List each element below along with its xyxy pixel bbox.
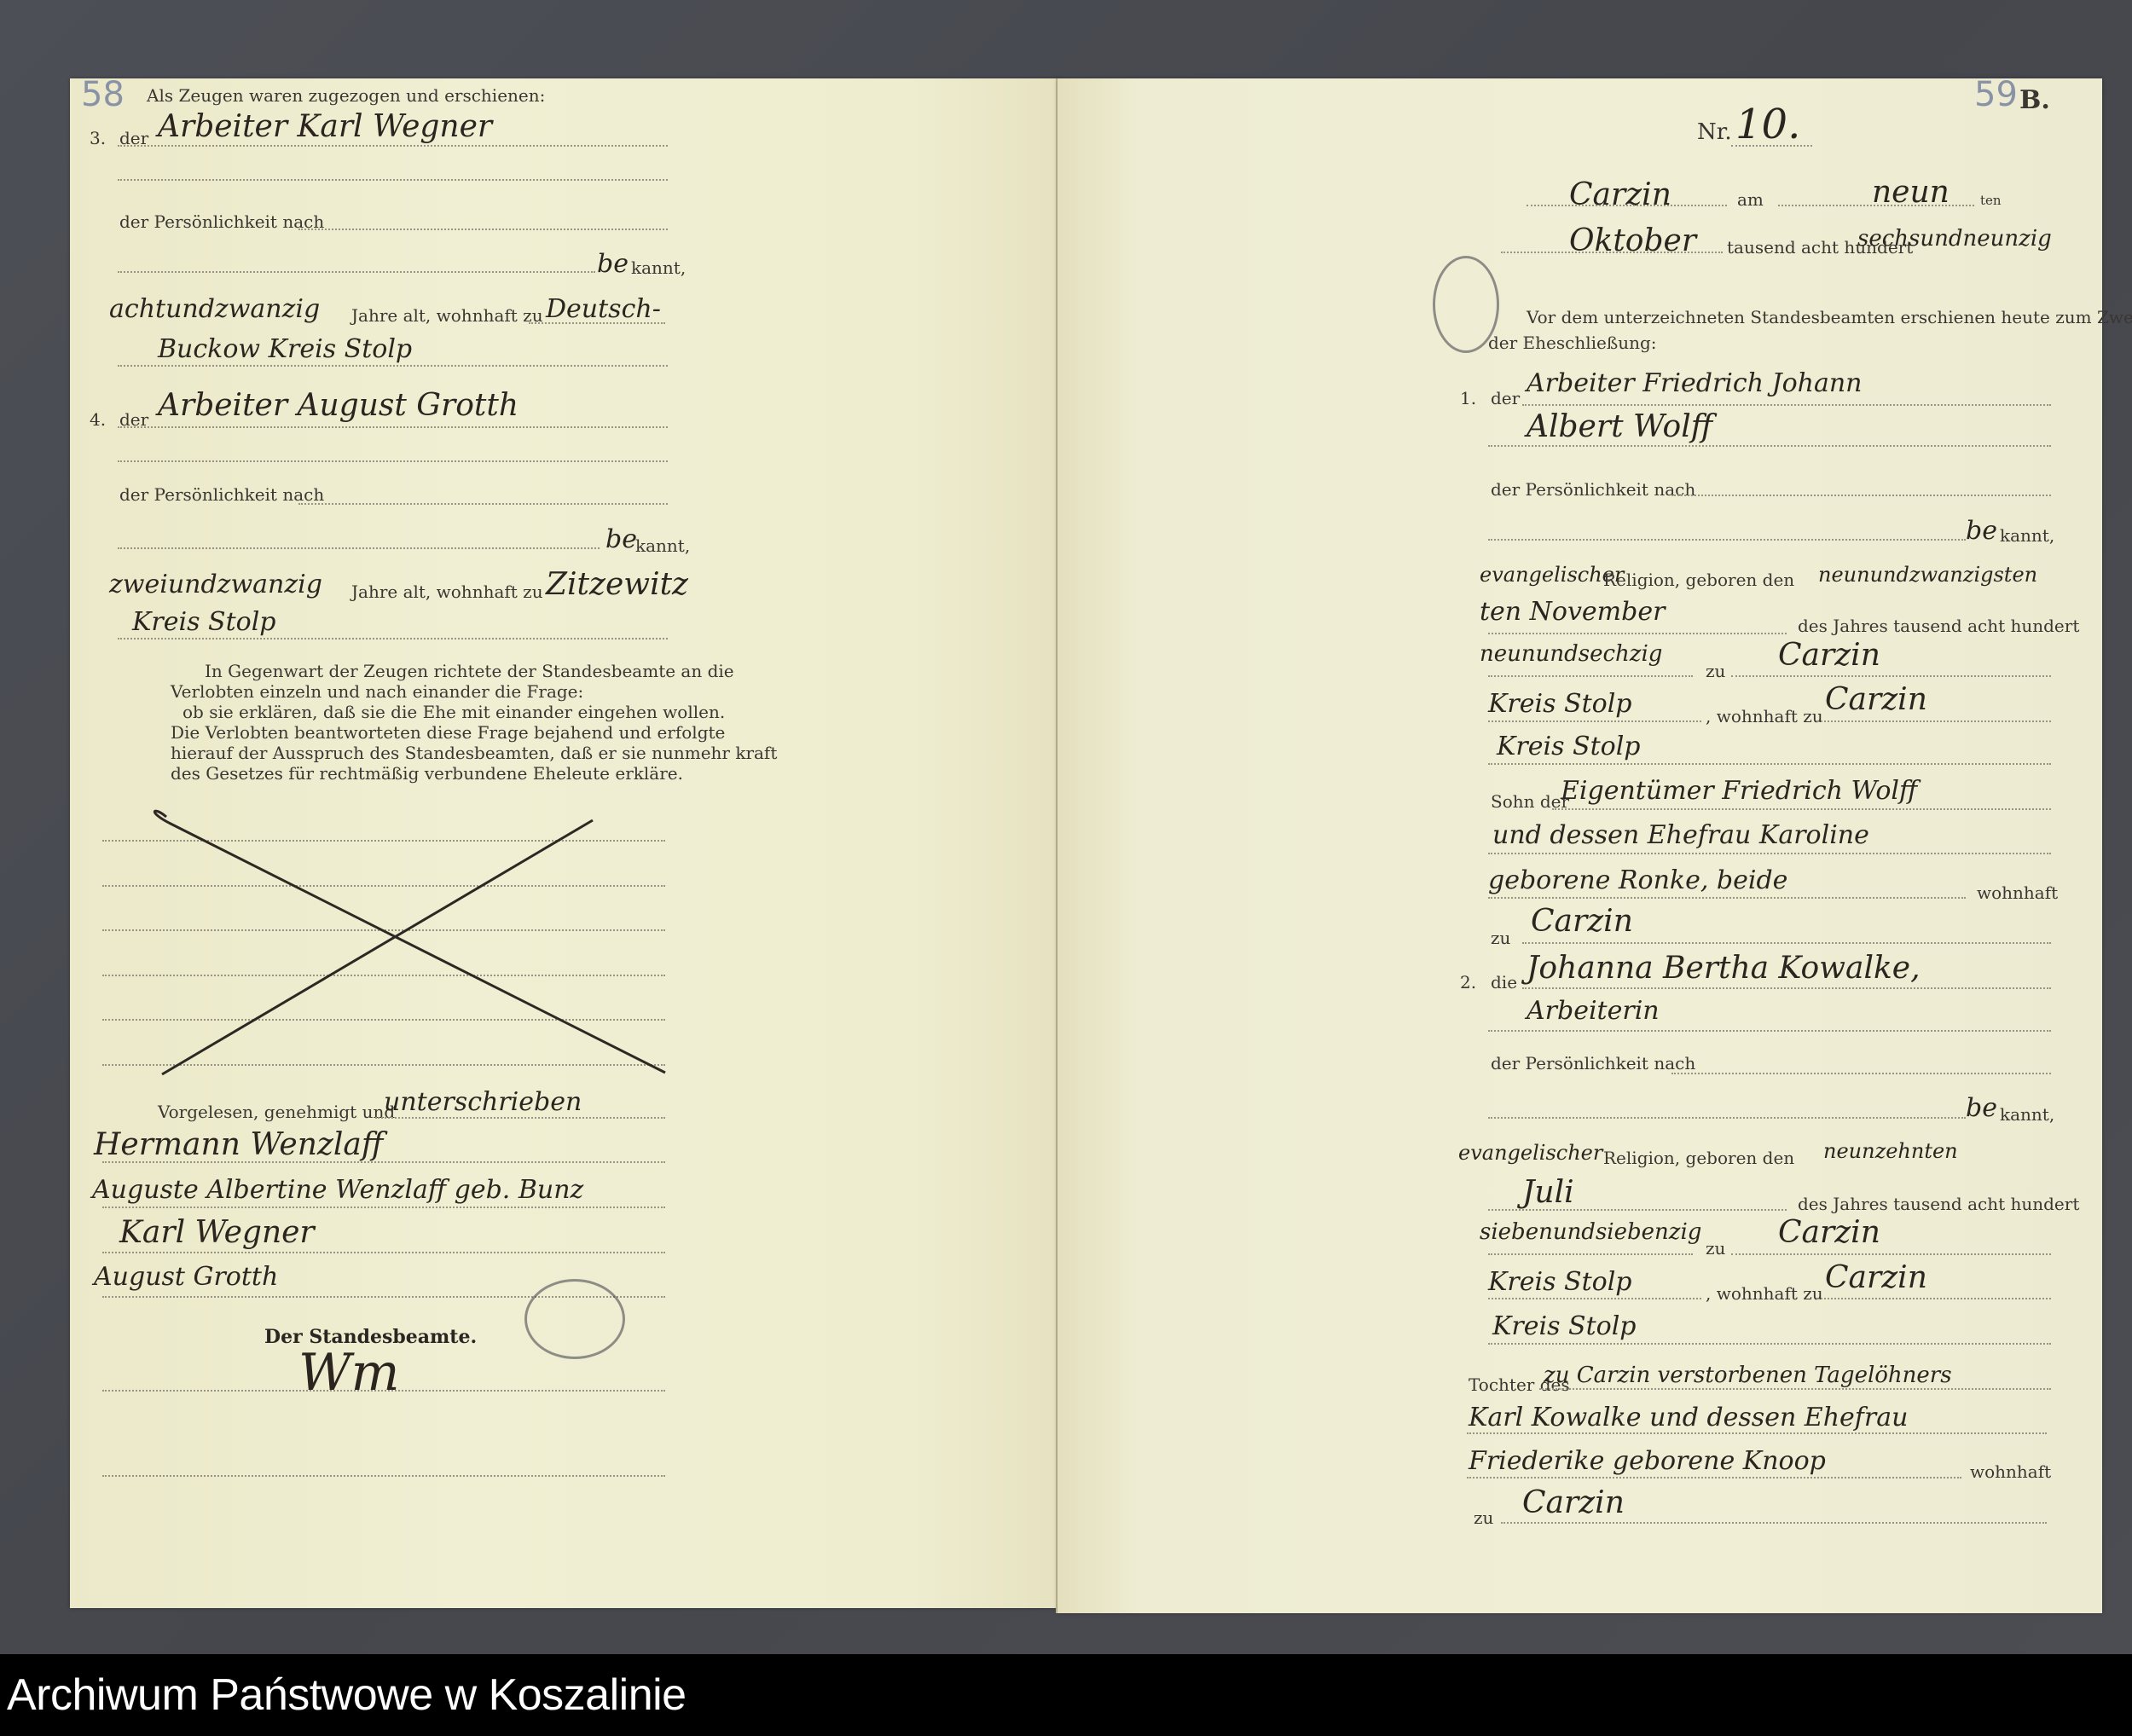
- dotted-line: [1731, 1253, 2051, 1255]
- declaration-line: Die Verlobten beantworteten diese Frage …: [171, 722, 674, 743]
- bride-parents-zu-label: zu: [1474, 1507, 1493, 1528]
- witness3-number: 3.: [90, 128, 106, 148]
- dotted-line: [1467, 1477, 1961, 1478]
- form-letter: B.: [2019, 85, 2050, 115]
- groom-known-print: kannt,: [2000, 525, 2054, 546]
- witness4-known-print: kannt,: [635, 535, 690, 556]
- groom-residence: Carzin: [1825, 682, 1927, 717]
- year-hand: sechsundneunzig: [1857, 226, 2052, 252]
- dotted-line: [1552, 808, 2051, 810]
- bride-personality-label: der Persönlichkeit nach: [1491, 1053, 1695, 1073]
- bride-birth-year: siebenundsiebenzig: [1480, 1219, 1701, 1245]
- groom-parents-1: Eigentümer Friedrich Wolff: [1561, 776, 1917, 806]
- folio-number-left: 58: [81, 75, 125, 114]
- signature-line: August Grotth: [94, 1262, 278, 1292]
- witness4-age-label: Jahre alt, wohnhaft zu: [351, 582, 543, 602]
- dotted-line: [1527, 205, 1727, 206]
- bride-number: 2.: [1460, 972, 1476, 992]
- groom-known-hand: be: [1966, 516, 1997, 546]
- declaration-line: In Gegenwart der Zeugen richtete der Sta…: [205, 661, 708, 681]
- dotted-line: [1488, 633, 1787, 634]
- dotted-line: [118, 460, 668, 462]
- witness4-residence: Zitzewitz: [546, 567, 688, 602]
- bride-birth-day: neunzehnten: [1823, 1139, 1958, 1163]
- read-approved-label: Vorgelesen, genehmigt und: [158, 1102, 395, 1122]
- groom-birth-year-label: des Jahres tausend acht hundert: [1798, 616, 2079, 636]
- dotted-line: [1488, 720, 1701, 722]
- archive-stamp: [524, 1279, 625, 1359]
- groom-parents-residence-label: wohnhaft: [1977, 882, 2058, 903]
- witness3-age-label: Jahre alt, wohnhaft zu: [351, 305, 543, 326]
- declaration-block: In Gegenwart der Zeugen richtete der Sta…: [171, 661, 674, 784]
- dotted-line: [1522, 404, 2051, 406]
- dotted-line: [1488, 539, 1966, 541]
- bride-religion-hand: evangelischer: [1458, 1141, 1602, 1165]
- bride-known-print: kannt,: [2000, 1104, 2054, 1125]
- bride-parents-residence: Carzin: [1522, 1485, 1625, 1520]
- signature-line: Karl Wegner: [119, 1215, 315, 1250]
- witness4-number: 4.: [90, 409, 106, 430]
- groom-religion-label: Religion, geboren den: [1603, 570, 1794, 590]
- witness3-known-hand: be: [597, 249, 629, 279]
- dotted-line: [298, 229, 668, 230]
- read-approved-hand: unterschrieben: [384, 1087, 582, 1117]
- witness3-name: Arbeiter Karl Wegner: [158, 109, 492, 144]
- intro-line-1: Vor dem unterzeichneten Standesbeamten e…: [1527, 307, 2132, 327]
- bride-parents-1: zu Carzin verstorbenen Tagelöhners: [1544, 1363, 1952, 1388]
- groom-district: Kreis Stolp: [1488, 689, 1632, 719]
- groom-residence-label: , wohnhaft zu: [1706, 706, 1823, 726]
- dotted-line: [102, 1161, 665, 1163]
- declaration-line: ob sie erklären, daß sie die Ehe mit ein…: [182, 702, 686, 722]
- groom-number: 1.: [1460, 388, 1476, 408]
- witness-heading: Als Zeugen waren zugezogen und erschiene…: [147, 85, 545, 106]
- dotted-line: [375, 1117, 665, 1119]
- day-suffix: ten: [1980, 193, 2002, 208]
- dotted-line: [118, 426, 668, 428]
- dotted-line: [102, 1252, 665, 1253]
- dotted-line: [1816, 720, 2051, 722]
- dotted-line: [118, 271, 595, 273]
- dotted-line: [118, 179, 668, 181]
- dotted-line: [1522, 987, 2051, 989]
- bride-prefix: die: [1491, 972, 1517, 992]
- dotted-line: [102, 1475, 665, 1477]
- witness4-personality-label: der Persönlichkeit nach: [119, 484, 324, 505]
- dotted-line: [1488, 675, 1693, 677]
- dotted-line: [1671, 1073, 2051, 1074]
- dotted-line: [1539, 1388, 2051, 1390]
- dotted-line: [118, 638, 668, 639]
- dotted-line: [298, 503, 668, 505]
- bride-religion-label: Religion, geboren den: [1603, 1148, 1794, 1168]
- dotted-line: [118, 145, 668, 147]
- dotted-line: [1731, 675, 2051, 677]
- dotted-line: [1488, 1298, 1701, 1299]
- groom-religion-hand: evangelischer: [1480, 563, 1624, 587]
- dotted-line: [102, 1207, 665, 1208]
- groom-birth-place: Carzin: [1778, 638, 1880, 673]
- declaration-line: des Gesetzes für rechtmäßig verbundene E…: [171, 763, 674, 784]
- place-hand: Carzin: [1569, 177, 1671, 212]
- dotted-line: [118, 547, 600, 549]
- witness4-known-hand: be: [605, 524, 637, 554]
- bride-residence-district: Kreis Stolp: [1492, 1311, 1637, 1341]
- dotted-line: [1488, 1117, 1966, 1119]
- bride-parents-residence-label: wohnhaft: [1970, 1461, 2051, 1482]
- bride-parents-2: Karl Kowalke und dessen Ehefrau: [1469, 1403, 1908, 1432]
- witness4-age: zweiundzwanzig: [109, 570, 322, 599]
- bride-birth-month: Juli: [1522, 1175, 1574, 1210]
- dotted-line: [1522, 942, 2051, 944]
- dotted-line: [1816, 1298, 2051, 1299]
- witness3-residence: Deutsch-: [546, 294, 661, 324]
- groom-birth-day: neunundzwanzigsten: [1818, 563, 2037, 587]
- dotted-line: [1488, 1253, 1693, 1255]
- bride-parents-3: Friederike geborene Knoop: [1469, 1446, 1826, 1476]
- witness3-known-print: kannt,: [631, 258, 686, 278]
- dotted-line: [1501, 1522, 2047, 1524]
- record-number-label: Nr.: [1697, 119, 1732, 145]
- declaration-line: Verlobten einzeln und nach einander die …: [171, 681, 674, 702]
- dotted-line: [1671, 495, 2051, 496]
- dotted-line: [1488, 853, 2051, 854]
- signature-line: Auguste Albertine Wenzlaff geb. Bunz: [92, 1175, 583, 1205]
- bride-known-hand: be: [1966, 1093, 1997, 1123]
- dotted-line: [1501, 252, 1723, 253]
- groom-birth-place-label: zu: [1706, 661, 1725, 681]
- groom-name-1: Arbeiter Friedrich Johann: [1527, 368, 1863, 398]
- groom-parents-zu-label: zu: [1491, 928, 1510, 948]
- bride-district: Kreis Stolp: [1488, 1267, 1632, 1297]
- witness4-residence-2: Kreis Stolp: [132, 607, 276, 637]
- dotted-line: [1488, 763, 2051, 765]
- dotted-line: [118, 365, 668, 367]
- signature-line: Hermann Wenzlaff: [94, 1127, 383, 1162]
- bride-birth-year-label: des Jahres tausend acht hundert: [1798, 1194, 2079, 1214]
- dotted-line: [1488, 1209, 1787, 1211]
- dotted-line: [1488, 1030, 2051, 1032]
- witness3-personality-label: der Persönlichkeit nach: [119, 211, 324, 232]
- groom-birth-year: neunundsechzig: [1480, 641, 1662, 667]
- groom-personality-label: der Persönlichkeit nach: [1491, 479, 1695, 500]
- witness4-name: Arbeiter August Grotth: [158, 388, 519, 423]
- bride-residence: Carzin: [1825, 1260, 1927, 1295]
- groom-parents-residence: Carzin: [1531, 904, 1633, 939]
- dotted-line: [1488, 1343, 2051, 1345]
- dotted-line: [1778, 205, 1974, 206]
- groom-parents-2: und dessen Ehefrau Karoline: [1492, 820, 1869, 850]
- record-number: 10.: [1735, 101, 1800, 148]
- groom-prefix: der: [1491, 388, 1520, 408]
- bride-birth-place: Carzin: [1778, 1215, 1880, 1250]
- dotted-line: [529, 322, 665, 324]
- dotted-line: [102, 1390, 665, 1392]
- am-label: am: [1737, 189, 1764, 210]
- dotted-line: [1731, 145, 1812, 147]
- declaration-line: hierauf der Ausspruch des Standesbeamten…: [171, 743, 674, 763]
- bride-name-2: Arbeiterin: [1527, 996, 1660, 1026]
- bride-residence-label: , wohnhaft zu: [1706, 1283, 1823, 1304]
- intro-line-2: der Eheschließung:: [1488, 333, 1657, 353]
- witness3-residence-2: Buckow Kreis Stolp: [158, 334, 412, 364]
- folio-number-right: 59: [1974, 75, 2018, 114]
- cross-out-mark: [136, 801, 682, 1083]
- registrar-signature: Wm: [298, 1343, 400, 1403]
- archive-name: Archiwum Państwowe w Koszalinie: [7, 1669, 687, 1721]
- dotted-line: [1488, 897, 1966, 899]
- groom-parents-3: geborene Ronke, beide: [1488, 865, 1787, 895]
- dotted-line: [1488, 445, 2051, 447]
- dotted-line: [1467, 1432, 2047, 1434]
- bride-name-1: Johanna Bertha Kowalke,: [1527, 951, 1921, 986]
- groom-birth-month: ten November: [1480, 597, 1665, 627]
- groom-name-2: Albert Wolff: [1527, 409, 1712, 444]
- witness3-age: achtundzwanzig: [109, 294, 320, 324]
- bride-birth-place-label: zu: [1706, 1238, 1725, 1259]
- groom-residence-district: Kreis Stolp: [1497, 732, 1641, 761]
